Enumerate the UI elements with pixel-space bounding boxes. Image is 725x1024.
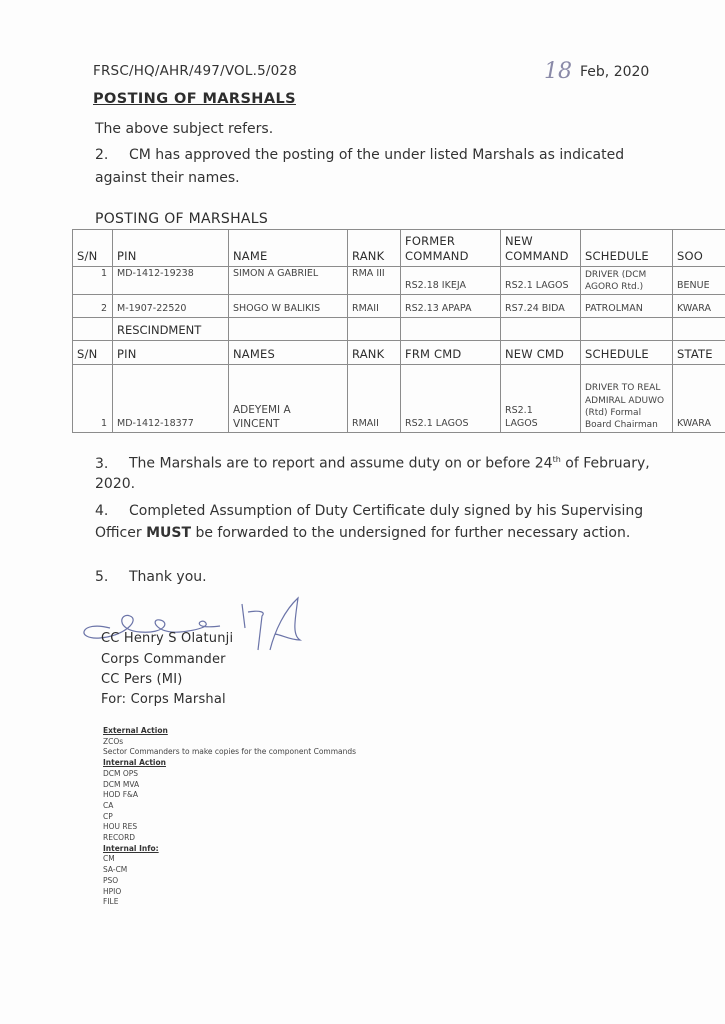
header-schedule: SCHEDULE <box>581 230 673 267</box>
cell-name: SIMON A GABRIEL <box>229 267 348 295</box>
paragraph-text: Thank you. <box>129 569 207 585</box>
cell-new-command: RS2.1 LAGOS <box>501 365 581 433</box>
paragraph-2-line-1: 2.CM has approved the posting of the und… <box>95 147 624 163</box>
cell-former-command: RS2.18 IKEJA <box>401 267 501 295</box>
document-page: FRSC/HQ/AHR/497/VOL.5/028 18Feb, 2020 PO… <box>0 0 725 1024</box>
header-sn: S/N <box>73 341 113 365</box>
paragraph-number: 2. <box>95 147 129 163</box>
paragraph-text: be forwarded to the undersigned for furt… <box>191 525 630 541</box>
distribution-item: SA-CM <box>103 865 127 874</box>
cell-schedule: PATROLMAN <box>581 295 673 318</box>
subject-title: POSTING OF MARSHALS <box>93 91 296 107</box>
emphasis-text: MUST <box>146 525 191 541</box>
posting-table: S/N PIN NAME RANK FORMER COMMAND NEW COM… <box>72 229 725 433</box>
distribution-item: CP <box>103 812 113 821</box>
header-pin: PIN <box>113 230 229 267</box>
paragraph-text: The Marshals are to report and assume du… <box>129 456 553 472</box>
signatory-title: Corps Commander <box>101 652 226 667</box>
table-header-row: S/N PIN NAME RANK FORMER COMMAND NEW COM… <box>73 230 725 267</box>
header-former-command: FORMER COMMAND <box>401 230 501 267</box>
ordinal-suffix: th <box>553 455 561 464</box>
signatory-office: CC Pers (MI) <box>101 672 183 687</box>
cell-soo: KWARA <box>673 295 725 318</box>
distribution-item: CA <box>103 801 113 810</box>
paragraph-number: 4. <box>95 503 129 519</box>
distribution-item: DCM OPS <box>103 769 138 778</box>
cell-sn: 1 <box>73 267 113 295</box>
paragraph-number: 5. <box>95 569 129 585</box>
cell-rank: RMAII <box>348 365 401 433</box>
header-rank: RANK <box>348 230 401 267</box>
header-pin: PIN <box>113 341 229 365</box>
table-title: POSTING OF MARSHALS <box>95 211 268 227</box>
distribution-heading: External Action <box>103 726 168 735</box>
distribution-item: Sector Commanders to make copies for the… <box>103 747 356 756</box>
header-sn: S/N <box>73 230 113 267</box>
paragraph-2-line-2: against their names. <box>95 170 240 186</box>
reference-number: FRSC/HQ/AHR/497/VOL.5/028 <box>93 63 297 79</box>
distribution-item: DCM MVA <box>103 780 139 789</box>
cell-new-command: RS7.24 BIDA <box>501 295 581 318</box>
header-frm-cmd: FRM CMD <box>401 341 501 365</box>
header-soo: SOO <box>673 230 725 267</box>
distribution-item: HOD F&A <box>103 790 138 799</box>
paragraph-5: 5.Thank you. <box>95 569 207 585</box>
header-new-command: NEW COMMAND <box>501 230 581 267</box>
distribution-item: RECORD <box>103 833 135 842</box>
cell-former-command: RS2.1 LAGOS <box>401 365 501 433</box>
letter-date: 18Feb, 2020 <box>544 57 649 82</box>
cell-state: KWARA <box>673 365 725 433</box>
cell-name: ADEYEMI A VINCENT <box>229 365 348 433</box>
header-new-cmd: NEW CMD <box>501 341 581 365</box>
distribution-heading: Internal Action <box>103 758 166 767</box>
rescindment-label: RESCINDMENT <box>113 318 229 341</box>
paragraph-1: The above subject refers. <box>95 121 273 137</box>
signatory-for: For: Corps Marshal <box>101 692 226 707</box>
distribution-item: FILE <box>103 897 118 906</box>
rescindment-header-row: S/N PIN NAMES RANK FRM CMD NEW CMD SCHED… <box>73 341 725 365</box>
cell-rank: RMA III <box>348 267 401 295</box>
rescindment-label-row: RESCINDMENT <box>73 318 725 341</box>
cell-rank: RMAII <box>348 295 401 318</box>
cell-pin: MD-1412-18377 <box>113 365 229 433</box>
signatory-name: CC Henry S Olatunji <box>101 631 233 646</box>
cell-pin: MD-1412-19238 <box>113 267 229 295</box>
paragraph-text: CM has approved the posting of the under… <box>129 147 624 163</box>
cell-name: SHOGO W BALIKIS <box>229 295 348 318</box>
table-row: 1 MD-1412-18377 ADEYEMI A VINCENT RMAII … <box>73 365 725 433</box>
paragraph-text: of February, <box>561 456 650 472</box>
paragraph-3-line-1: 3.The Marshals are to report and assume … <box>95 455 650 472</box>
paragraph-text: Completed Assumption of Duty Certificate… <box>129 503 643 519</box>
cell-former-command: RS2.13 APAPA <box>401 295 501 318</box>
cell-schedule: DRIVER (DCM AGORO Rtd.) <box>581 267 673 295</box>
paragraph-3-line-2: 2020. <box>95 476 135 492</box>
paragraph-4-line-2: Officer MUST be forwarded to the undersi… <box>95 525 630 541</box>
distribution-item: CM <box>103 854 115 863</box>
cell-soo: BENUE <box>673 267 725 295</box>
distribution-item: PSO <box>103 876 118 885</box>
header-names: NAMES <box>229 341 348 365</box>
header-rank: RANK <box>348 341 401 365</box>
paragraph-number: 3. <box>95 456 129 472</box>
cell-pin: M-1907-22520 <box>113 295 229 318</box>
signature-scribble <box>70 590 310 660</box>
header-schedule: SCHEDULE <box>581 341 673 365</box>
cell-sn: 2 <box>73 295 113 318</box>
distribution-item: HOU RES <box>103 822 137 831</box>
header-state: STATE <box>673 341 725 365</box>
cell-sn: 1 <box>73 365 113 433</box>
table-row: 2 M-1907-22520 SHOGO W BALIKIS RMAII RS2… <box>73 295 725 318</box>
cell-schedule: DRIVER TO REAL ADMIRAL ADUWO (Rtd) Forma… <box>581 365 673 433</box>
header-name: NAME <box>229 230 348 267</box>
distribution-item: HPIO <box>103 887 121 896</box>
paragraph-text: Officer <box>95 525 146 541</box>
paragraph-4-line-1: 4.Completed Assumption of Duty Certifica… <box>95 503 643 519</box>
distribution-heading: Internal Info: <box>103 844 159 853</box>
table-row: 1 MD-1412-19238 SIMON A GABRIEL RMA III … <box>73 267 725 295</box>
handwritten-day: 18 <box>544 59 572 84</box>
distribution-item: ZCOs <box>103 737 123 746</box>
date-month-year: Feb, 2020 <box>580 64 649 80</box>
cell-new-command: RS2.1 LAGOS <box>501 267 581 295</box>
